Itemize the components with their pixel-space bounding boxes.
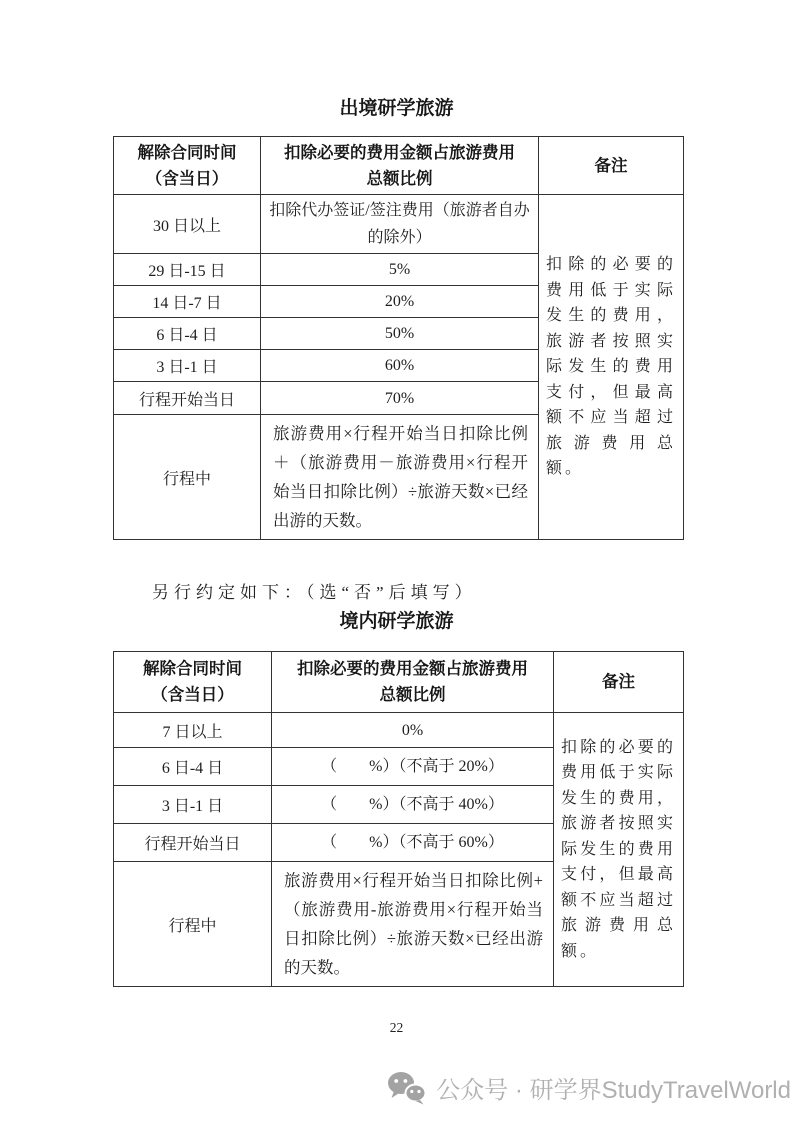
- watermark-text: 公众号 · 研学界StudyTravelWorld: [436, 1070, 791, 1105]
- deduction-value-cell: 20%: [261, 286, 539, 318]
- cancel-time-cell: 30 日以上: [114, 195, 261, 254]
- cancel-time-cell: 3 日-1 日: [114, 786, 272, 824]
- header-remark: 备注: [554, 652, 684, 713]
- header-line: 总额比例: [265, 166, 534, 192]
- cancel-time-cell: 行程中: [114, 862, 272, 987]
- deduction-value-cell: （ %）（不高于 20%）: [272, 748, 554, 786]
- cancel-time-cell: 6 日-4 日: [114, 318, 261, 350]
- header-cancel-time: 解除合同时间 （含当日）: [114, 137, 261, 195]
- header-line: 解除合同时间: [118, 656, 267, 682]
- outbound-table: 解除合同时间 （含当日） 扣除必要的费用金额占旅游费用 总额比例 备注 30 日…: [113, 136, 684, 540]
- page-number: 22: [0, 1020, 793, 1036]
- outbound-section-title: 出境研学旅游: [0, 93, 793, 120]
- cancel-time-cell: 行程开始当日: [114, 824, 272, 862]
- header-line: 解除合同时间: [118, 140, 256, 166]
- header-cancel-time: 解除合同时间 （含当日）: [114, 652, 272, 713]
- cancel-time-cell: 3 日-1 日: [114, 350, 261, 382]
- watermark: 公众号 · 研学界StudyTravelWorld: [387, 1070, 791, 1105]
- header-line: （含当日）: [118, 166, 256, 192]
- table-header-row: 解除合同时间 （含当日） 扣除必要的费用金额占旅游费用 总额比例 备注: [114, 137, 684, 195]
- deduction-value-cell: 0%: [272, 713, 554, 748]
- remark-cell: 扣除的必要的费用低于实际发生的费用，旅游者按照实际发生的费用支付，但最高额不应当…: [539, 195, 684, 540]
- cancel-time-cell: 行程中: [114, 415, 261, 540]
- deduction-value-cell: （ %）（不高于 60%）: [272, 824, 554, 862]
- deduction-value-cell: 扣除代办签证/签注费用（旅游者自办的除外）: [261, 195, 539, 254]
- header-deduction-ratio: 扣除必要的费用金额占旅游费用 总额比例: [261, 137, 539, 195]
- cancel-time-cell: 6 日-4 日: [114, 748, 272, 786]
- cancel-time-cell: 7 日以上: [114, 713, 272, 748]
- deduction-formula-cell: 旅游费用×行程开始当日扣除比例＋（旅游费用－旅游费用×行程开始当日扣除比例）÷旅…: [261, 415, 539, 540]
- remark-cell: 扣除的必要的费用低于实际发生的费用，旅游者按照实际发生的费用支付，但最高额不应当…: [554, 713, 684, 987]
- domestic-section-title: 境内研学旅游: [0, 606, 793, 633]
- header-line: 扣除必要的费用金额占旅游费用: [265, 140, 534, 166]
- header-line: 总额比例: [276, 682, 549, 708]
- deduction-value-cell: 70%: [261, 382, 539, 415]
- table-header-row: 解除合同时间 （含当日） 扣除必要的费用金额占旅游费用 总额比例 备注: [114, 652, 684, 713]
- header-remark: 备注: [539, 137, 684, 195]
- deduction-value-cell: 5%: [261, 254, 539, 286]
- header-line: 扣除必要的费用金额占旅游费用: [276, 656, 549, 682]
- deduction-formula-cell: 旅游费用×行程开始当日扣除比例+（旅游费用-旅游费用×行程开始当日扣除比例）÷旅…: [272, 862, 554, 987]
- deduction-value-cell: 60%: [261, 350, 539, 382]
- deduction-value-cell: （ %）（不高于 40%）: [272, 786, 554, 824]
- separate-agreement-note: 另行约定如下：（选“否”后填写）: [152, 578, 477, 603]
- table-row: 7 日以上 0% 扣除的必要的费用低于实际发生的费用，旅游者按照实际发生的费用支…: [114, 713, 684, 748]
- header-line: （含当日）: [118, 682, 267, 708]
- cancel-time-cell: 14 日-7 日: [114, 286, 261, 318]
- cancel-time-cell: 29 日-15 日: [114, 254, 261, 286]
- table-row: 30 日以上 扣除代办签证/签注费用（旅游者自办的除外） 扣除的必要的费用低于实…: [114, 195, 684, 254]
- header-deduction-ratio: 扣除必要的费用金额占旅游费用 总额比例: [272, 652, 554, 713]
- wechat-icon: [387, 1071, 427, 1105]
- domestic-table: 解除合同时间 （含当日） 扣除必要的费用金额占旅游费用 总额比例 备注 7 日以…: [113, 651, 684, 987]
- deduction-value-cell: 50%: [261, 318, 539, 350]
- cancel-time-cell: 行程开始当日: [114, 382, 261, 415]
